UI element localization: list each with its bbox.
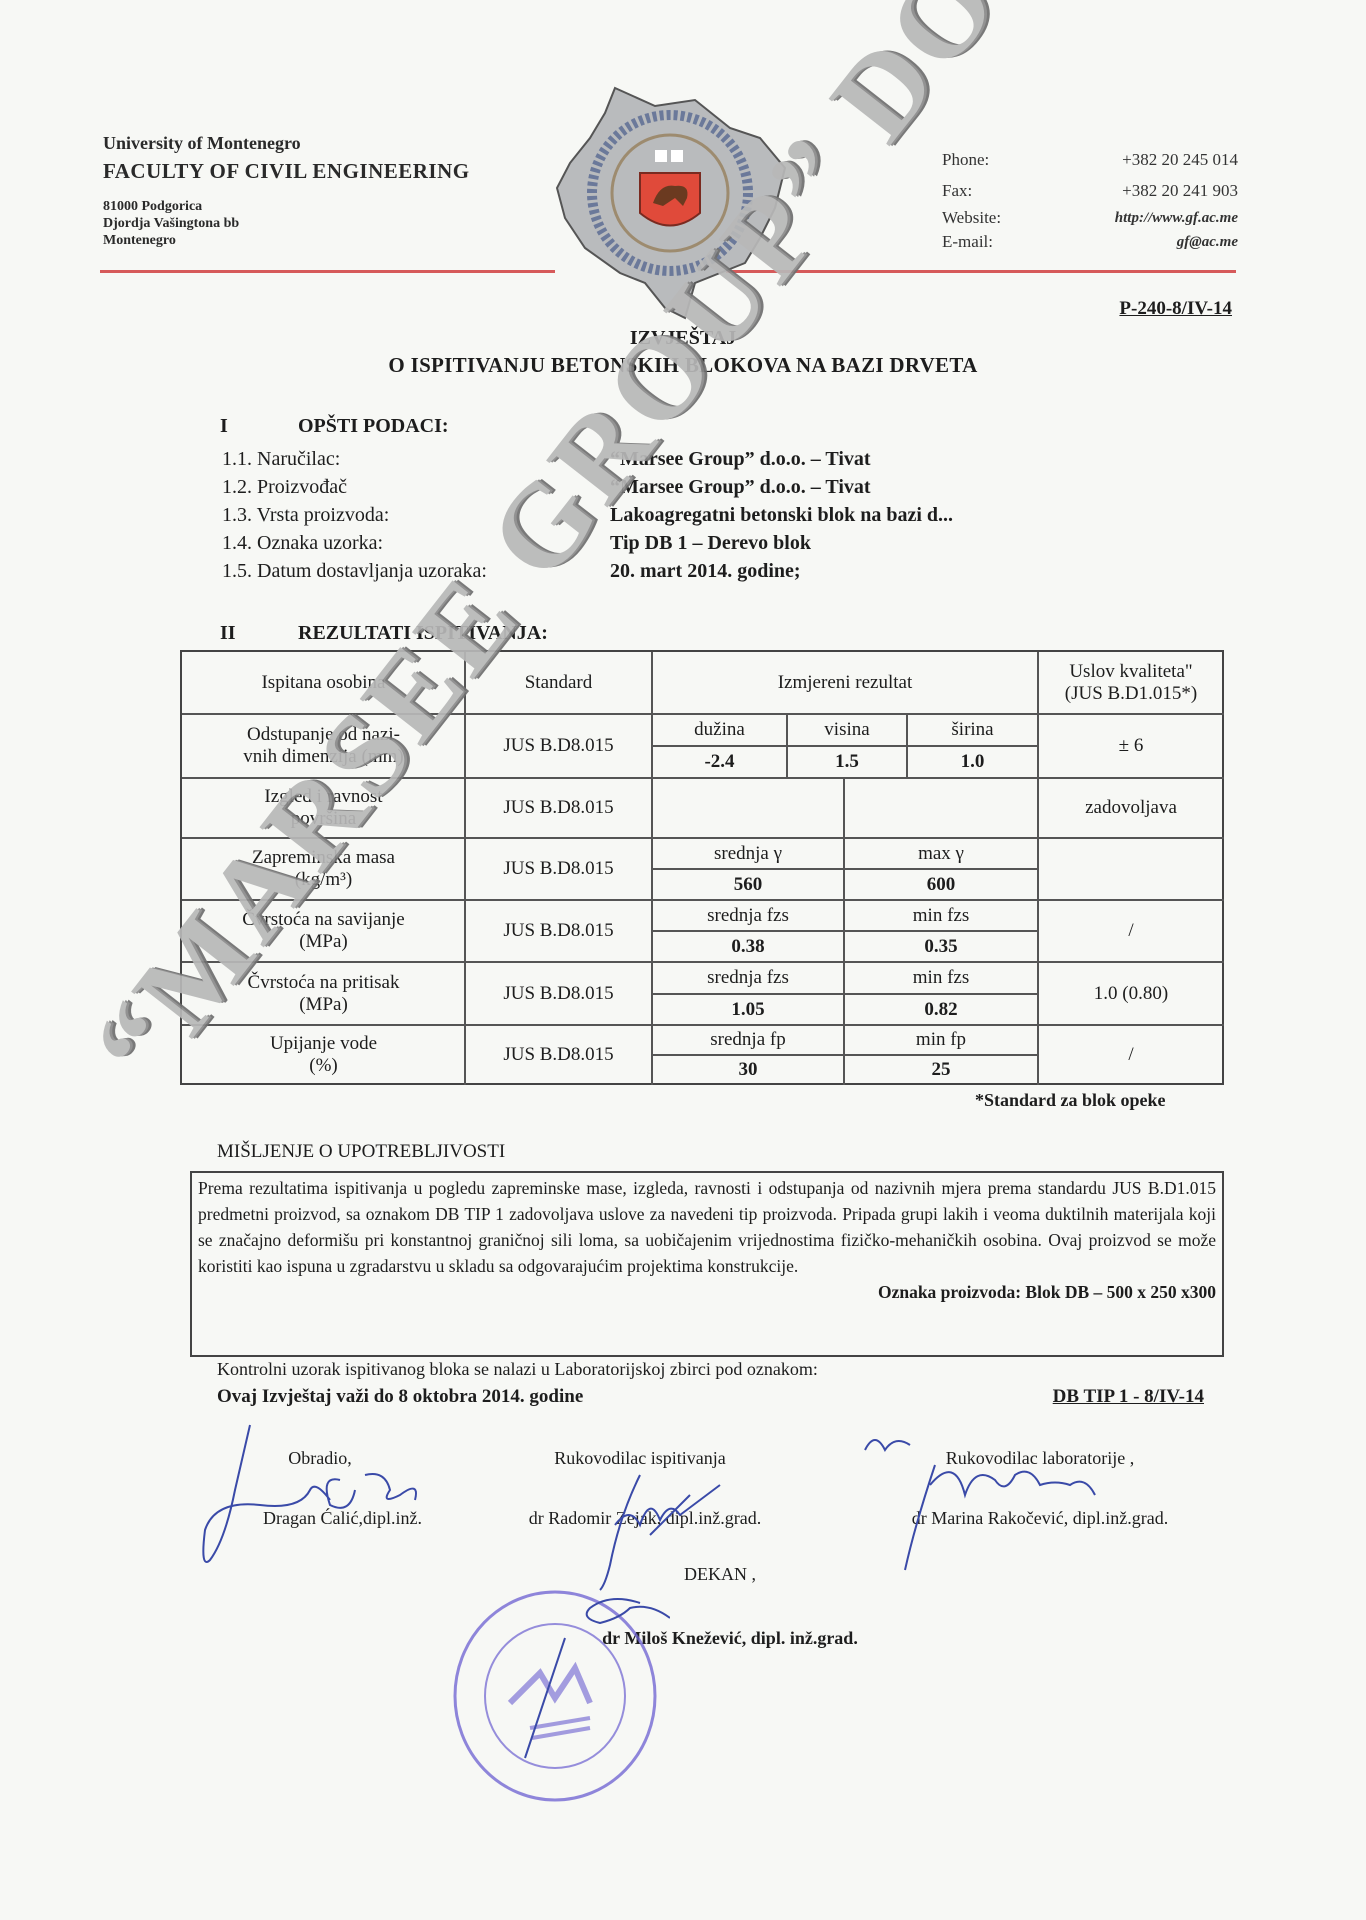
table-rule xyxy=(652,868,1038,870)
column-header: Izmjereni rezultat xyxy=(652,652,1038,714)
table-rule xyxy=(843,778,845,838)
table-row-standard: JUS B.D8.015 xyxy=(465,900,652,962)
measured-value: 1.05 xyxy=(652,994,844,1025)
signature-name: Dragan Ćalić,dipl.inž. xyxy=(230,1508,455,1529)
signature-role: Obradio, xyxy=(230,1448,410,1469)
measured-value: 600 xyxy=(844,869,1038,900)
signature-role: Rukovodilac ispitivanja xyxy=(480,1448,800,1469)
section-1-heading: IOPŠTI PODACI: xyxy=(220,415,449,438)
contact-fax: Fax: +382 20 241 903 xyxy=(942,175,1238,206)
table-row-quality: / xyxy=(1038,900,1224,962)
table-row-quality: 1.0 (0.80) xyxy=(1038,962,1224,1025)
table-rule xyxy=(652,993,1038,995)
table-row-standard: JUS B.D8.015 xyxy=(465,838,652,900)
measured-value: 0.82 xyxy=(844,994,1038,1025)
table-rule xyxy=(652,930,1038,932)
measured-label: srednja fp xyxy=(652,1025,844,1055)
university-name: University of Montenegro xyxy=(103,133,301,154)
table-row-standard: JUS B.D8.015 xyxy=(465,778,652,838)
address-line: Djordja Vašingtona bb xyxy=(103,215,239,232)
signature-name: dr Marina Rakočević, dipl.inž.grad. xyxy=(850,1508,1230,1529)
opinion-heading: MIŠLJENJE O UPOTREBLJIVOSTI xyxy=(217,1141,505,1163)
measured-label: srednja fzs xyxy=(652,900,844,931)
website-link[interactable]: http://www.gf.ac.me xyxy=(1115,210,1238,227)
measured-label: srednja fzs xyxy=(652,962,844,994)
measured-value: 25 xyxy=(844,1055,1038,1085)
opinion-text: Prema rezultatima ispitivanja u pogledu … xyxy=(198,1178,1216,1276)
sample-code: DB TIP 1 - 8/IV-14 xyxy=(1053,1386,1204,1408)
signature-scribble-icon xyxy=(190,1420,450,1580)
signature-role: Rukovodilac laboratorije , xyxy=(880,1448,1200,1469)
faculty-address: 81000 Podgorica Djordja Vašingtona bb Mo… xyxy=(103,198,239,249)
faculty-name: FACULTY OF CIVIL ENGINEERING xyxy=(103,159,470,184)
table-row-quality xyxy=(1038,838,1224,900)
table-rule xyxy=(652,745,1038,747)
measured-label: min fzs xyxy=(844,900,1038,931)
measured-label: dužina xyxy=(652,714,787,746)
table-row-quality: ± 6 xyxy=(1038,714,1224,778)
measured-value: 0.35 xyxy=(844,931,1038,962)
measured-label: srednja γ xyxy=(652,838,844,869)
measured-label: max γ xyxy=(844,838,1038,869)
measured-label: visina xyxy=(787,714,907,746)
signature-name: dr Miloš Knežević, dipl. inž.grad. xyxy=(530,1628,930,1649)
signature-role: DEKAN , xyxy=(620,1564,820,1585)
university-stamp-icon xyxy=(440,1578,670,1808)
column-header: Uslov kvaliteta" (JUS B.D1.015*) xyxy=(1038,652,1224,714)
control-sample-note: Kontrolni uzorak ispitivanog bloka se na… xyxy=(217,1359,818,1380)
contact-block: Phone: +382 20 245 014 Fax: +382 20 241 … xyxy=(942,144,1238,254)
table-footnote: *Standard za blok opeke xyxy=(975,1090,1166,1111)
table-rule xyxy=(652,1054,1038,1056)
measured-label: min fp xyxy=(844,1025,1038,1055)
table-row-standard: JUS B.D8.015 xyxy=(465,1025,652,1085)
email-link[interactable]: gf@ac.me xyxy=(1177,234,1238,251)
measured-value: 30 xyxy=(652,1055,844,1085)
measured-label: širina xyxy=(907,714,1038,746)
opinion-box: Prema rezultatima ispitivanja u pogledu … xyxy=(190,1171,1224,1357)
measured-value: 1.5 xyxy=(787,746,907,778)
measured-label: min fzs xyxy=(844,962,1038,994)
table-row-quality: zadovoljava xyxy=(1038,778,1224,838)
validity-note: Ovaj Izvještaj važi do 8 oktobra 2014. g… xyxy=(217,1386,583,1408)
contact-phone: Phone: +382 20 245 014 xyxy=(942,144,1238,175)
address-line: 81000 Podgorica xyxy=(103,198,239,215)
table-row-standard: JUS B.D8.015 xyxy=(465,714,652,778)
table-row-standard: JUS B.D8.015 xyxy=(465,962,652,1025)
product-mark: Oznaka proizvoda: Blok DB – 500 x 250 x3… xyxy=(878,1279,1216,1305)
measured-value: 560 xyxy=(652,869,844,900)
contact-email: E-mail: gf@ac.me xyxy=(942,230,1238,254)
address-line: Montenegro xyxy=(103,232,239,249)
table-row-quality: / xyxy=(1038,1025,1224,1085)
contact-website: Website: http://www.gf.ac.me xyxy=(942,206,1238,230)
measured-value: 0.38 xyxy=(652,931,844,962)
document-reference: P-240-8/IV-14 xyxy=(1119,298,1232,320)
measured-value: -2.4 xyxy=(652,746,787,778)
signature-name: dr Radomir Zejak, dipl.inž.grad. xyxy=(470,1508,820,1529)
header-divider-left xyxy=(100,270,555,273)
measured-value: 1.0 xyxy=(907,746,1038,778)
